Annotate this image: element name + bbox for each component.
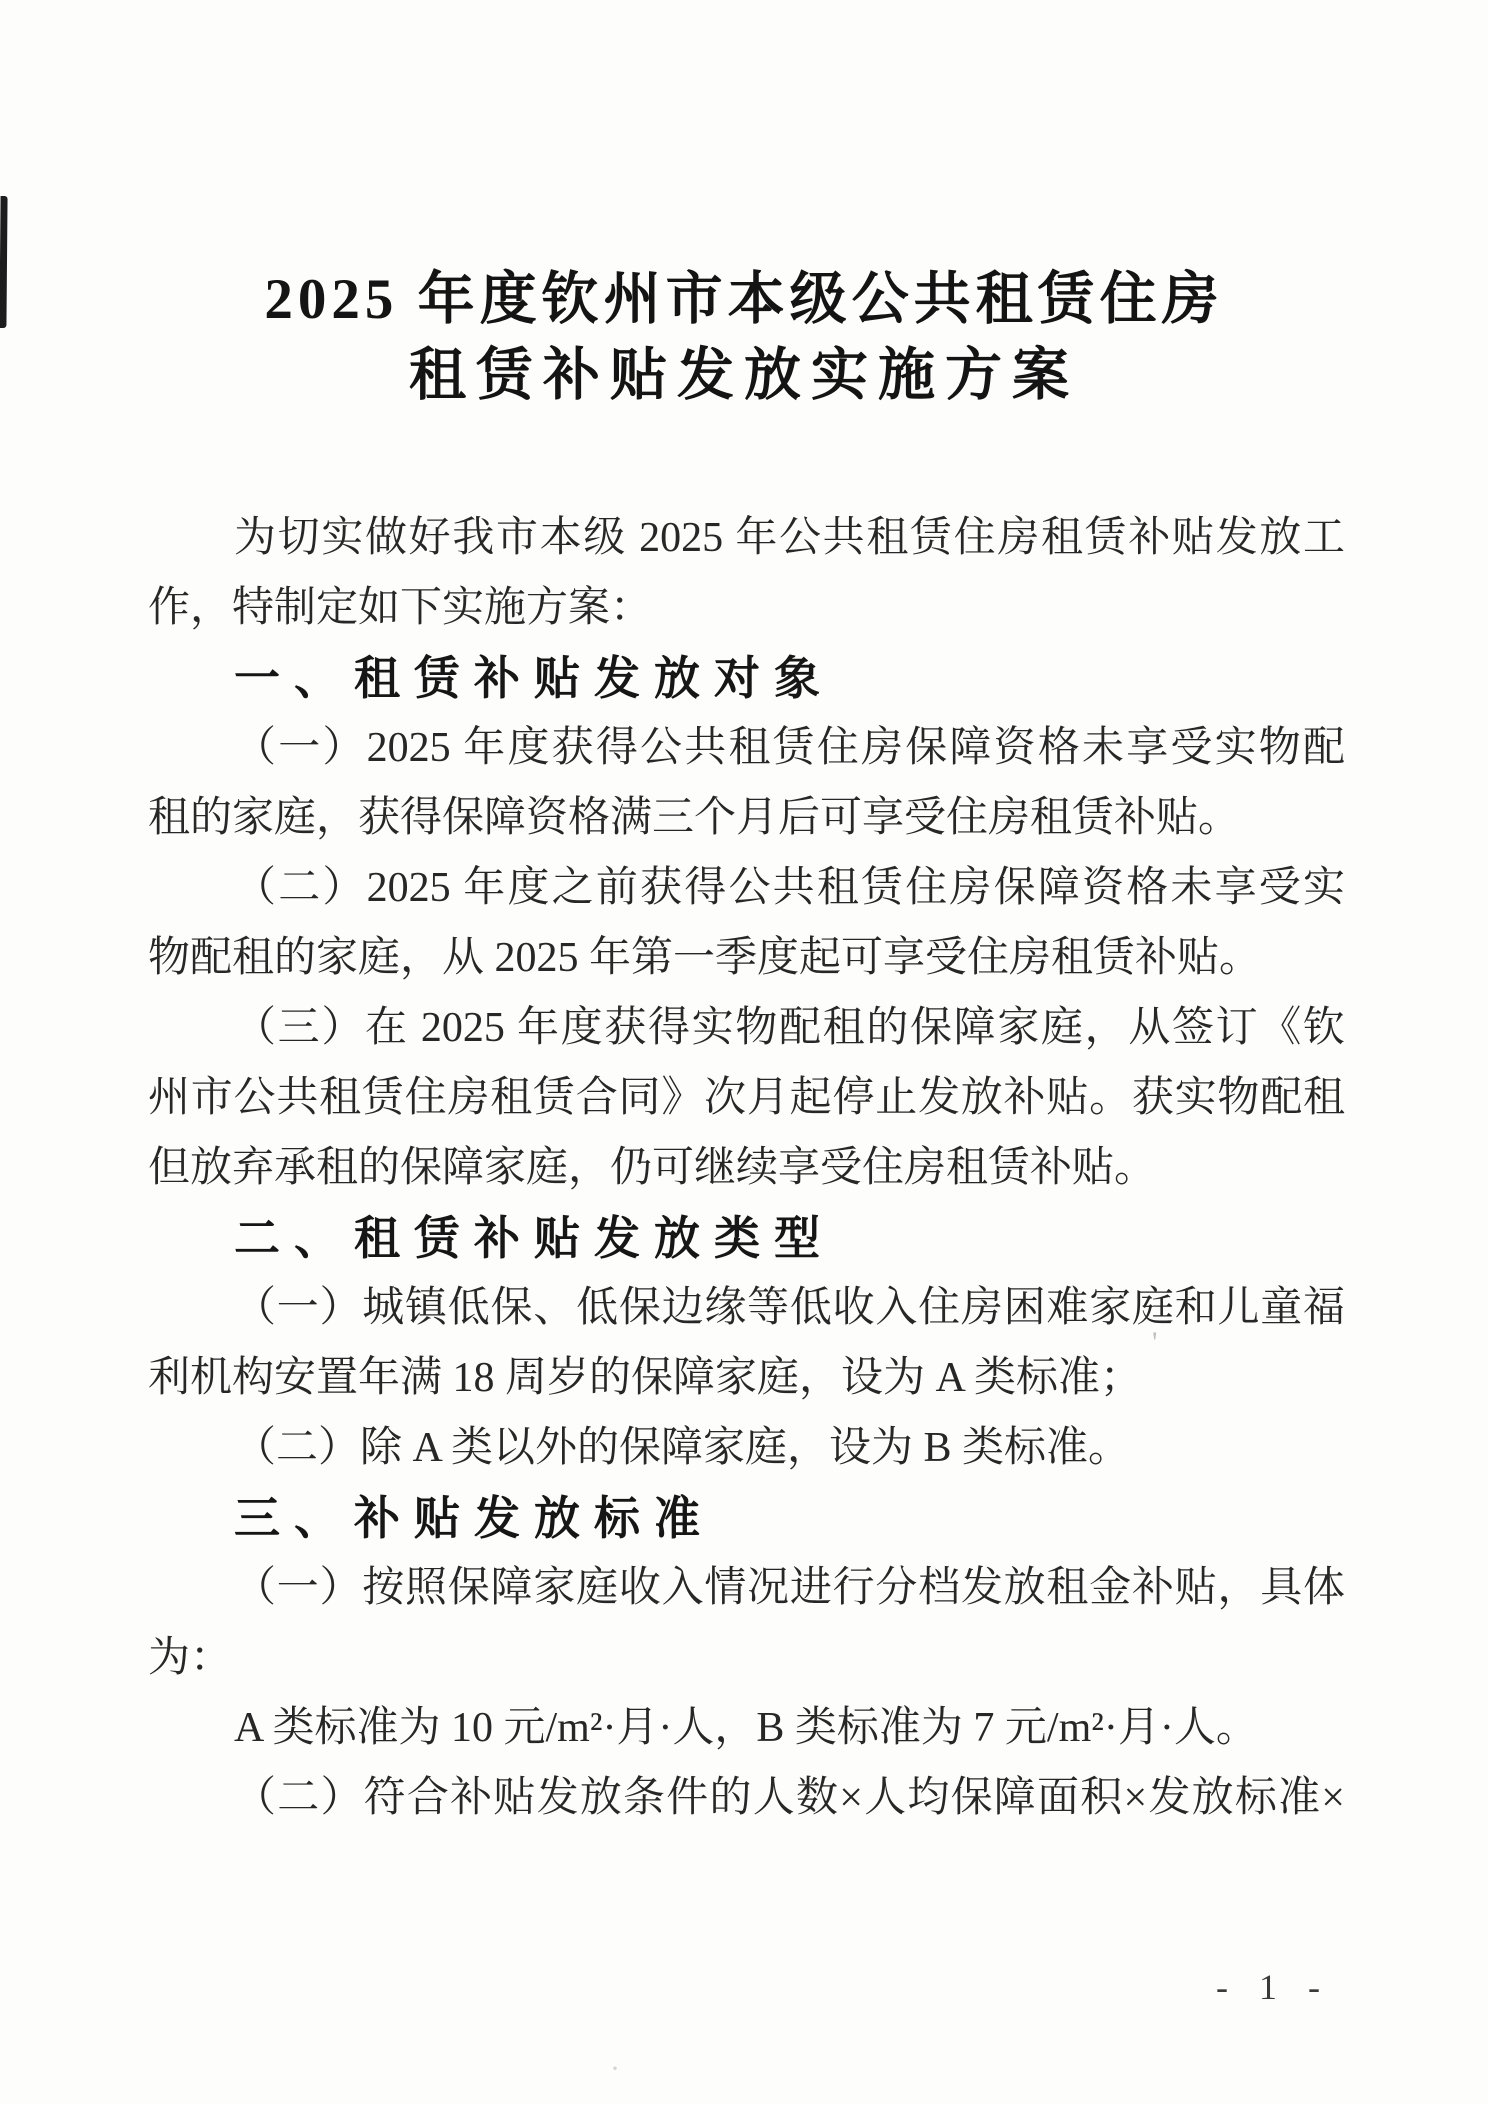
body-text: 为切实做好我市本级 2025 年公共租赁住房租赁补贴发放工作，特制定如下实施方案…: [148, 503, 1345, 1833]
section-heading: 三、补贴发放标准: [148, 1483, 1345, 1553]
text-line: 州市公共租赁住房租赁合同》次月起停止发放补贴。获实物配租: [148, 1063, 1345, 1133]
title-line-2: 租赁补贴发放实施方案: [0, 338, 1488, 414]
text-line: 租的家庭，获得保障资格满三个月后可享受住房租赁补贴。: [148, 783, 1345, 853]
text-line: 但放弃承租的保障家庭，仍可继续享受住房租赁补贴。: [148, 1133, 1345, 1203]
text-line: A 类标准为 10 元/m²·月·人，B 类标准为 7 元/m²·月·人。: [148, 1693, 1345, 1763]
text-line: 为：: [148, 1623, 1345, 1693]
text-line: 为切实做好我市本级 2025 年公共租赁住房租赁补贴发放工: [148, 503, 1345, 573]
text-line: 作，特制定如下实施方案：: [148, 573, 1345, 643]
text-line: （二）符合补贴发放条件的人数×人均保障面积×发放标准×: [148, 1763, 1345, 1833]
scan-artifact: ·: [610, 2052, 620, 2086]
title-line-1: 2025 年度钦州市本级公共租赁住房: [0, 262, 1488, 338]
page-number: - 1 -: [1216, 1966, 1326, 2008]
text-line: （三）在 2025 年度获得实物配租的保障家庭，从签订《钦: [148, 993, 1345, 1063]
text-line: （二）除 A 类以外的保障家庭，设为 B 类标准。: [148, 1413, 1345, 1483]
text-line: （一）城镇低保、低保边缘等低收入住房困难家庭和儿童福: [148, 1273, 1345, 1343]
text-line: 利机构安置年满 18 周岁的保障家庭，设为 A 类标准；: [148, 1343, 1345, 1413]
text-line: （一）2025 年度获得公共租赁住房保障资格未享受实物配: [148, 713, 1345, 783]
text-line: （一）按照保障家庭收入情况进行分档发放租金补贴，具体: [148, 1553, 1345, 1623]
section-heading: 一、租赁补贴发放对象: [148, 643, 1345, 713]
text-line: （二）2025 年度之前获得公共租赁住房保障资格未享受实: [148, 853, 1345, 923]
document-title: 2025 年度钦州市本级公共租赁住房 租赁补贴发放实施方案: [0, 262, 1488, 414]
section-heading: 二、租赁补贴发放类型: [148, 1203, 1345, 1273]
document-page: 2025 年度钦州市本级公共租赁住房 租赁补贴发放实施方案 为切实做好我市本级 …: [0, 0, 1488, 2104]
text-line: 物配租的家庭，从 2025 年第一季度起可享受住房租赁补贴。: [148, 923, 1345, 993]
scan-artifact: ': [1152, 1326, 1157, 1360]
